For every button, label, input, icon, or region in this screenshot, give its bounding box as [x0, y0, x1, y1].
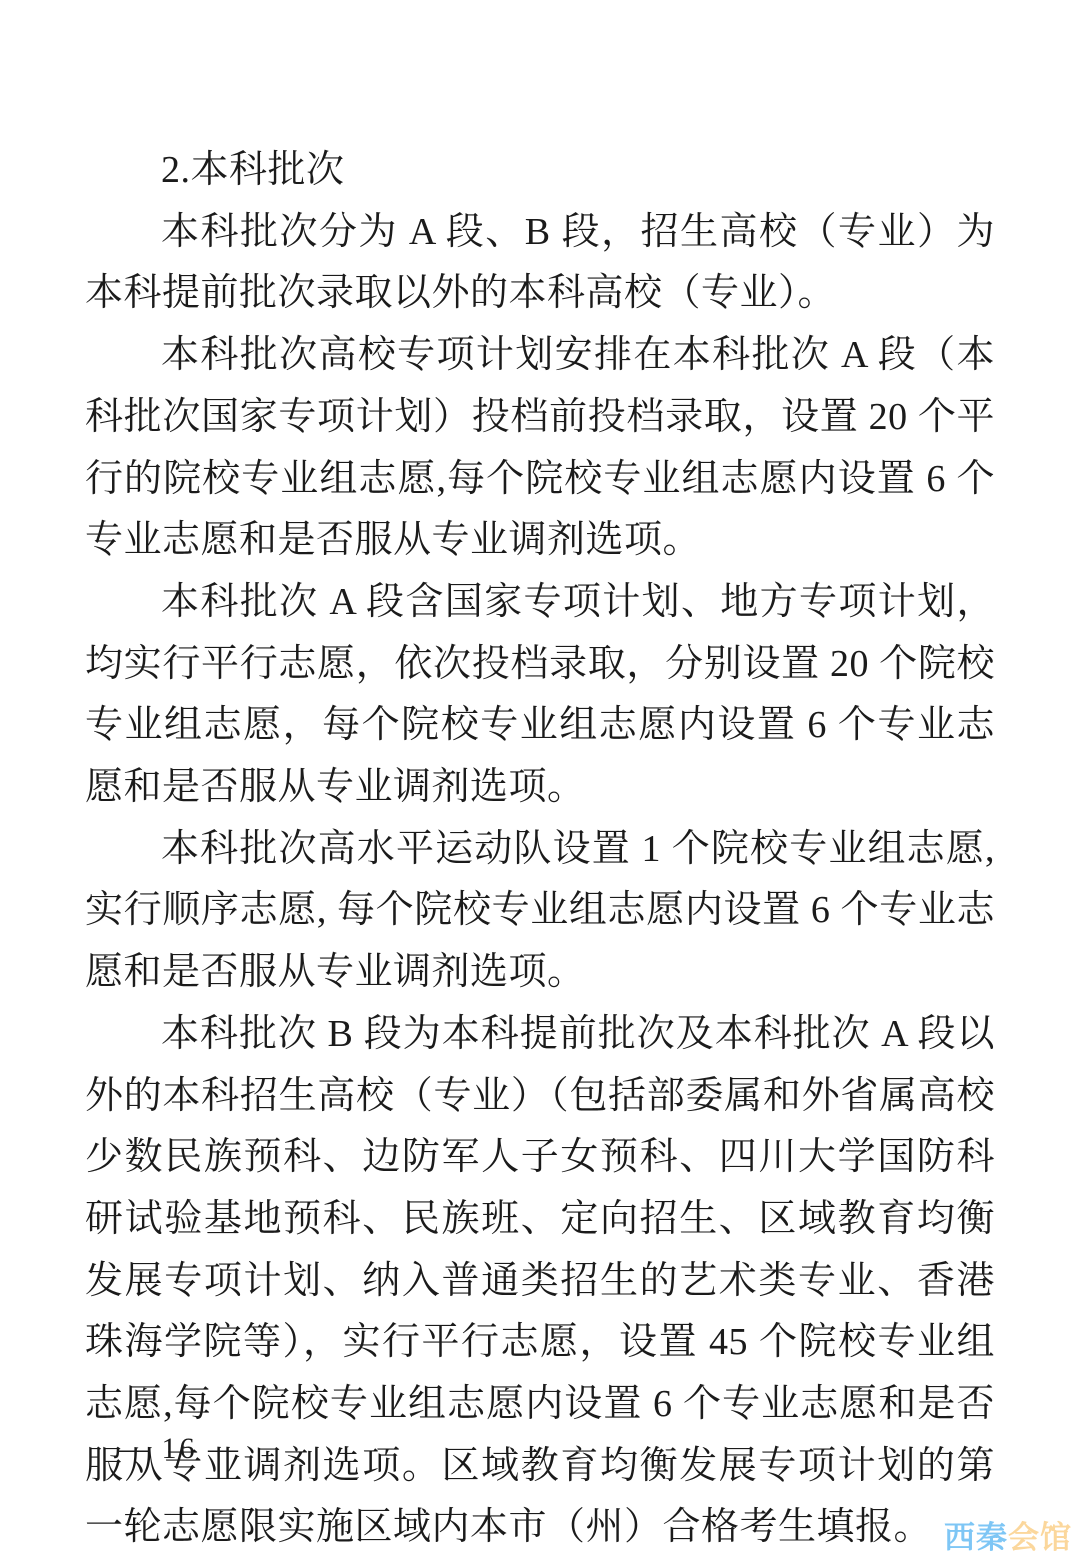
document-body: 2.本科批次 本科批次分为 A 段、B 段，招生高校（专业）为本科提前批次录取以…: [85, 140, 995, 1556]
section-heading: 2.本科批次: [85, 140, 995, 202]
watermark-text-part1: 西秦: [944, 1520, 1008, 1555]
page-number: — 16 —: [118, 1432, 241, 1466]
paragraph-4: 本科批次高水平运动队设置 1 个院校专业组志愿, 实行顺序志愿, 每个院校专业组…: [85, 819, 995, 1004]
watermark-logo: 西秦会馆: [944, 1512, 1072, 1556]
watermark-text-part2: 会馆: [1008, 1520, 1072, 1555]
document-page: 2.本科批次 本科批次分为 A 段、B 段，招生高校（专业）为本科提前批次录取以…: [0, 0, 1080, 1556]
paragraph-3: 本科批次 A 段含国家专项计划、地方专项计划，均实行平行志愿，依次投档录取，分别…: [85, 572, 995, 819]
paragraph-2: 本科批次高校专项计划安排在本科批次 A 段（本科批次国家专项计划）投档前投档录取…: [85, 325, 995, 572]
paragraph-5: 本科批次 B 段为本科提前批次及本科批次 A 段以外的本科招生高校（专业）（包括…: [85, 1004, 995, 1556]
paragraph-1: 本科批次分为 A 段、B 段，招生高校（专业）为本科提前批次录取以外的本科高校（…: [85, 202, 995, 325]
